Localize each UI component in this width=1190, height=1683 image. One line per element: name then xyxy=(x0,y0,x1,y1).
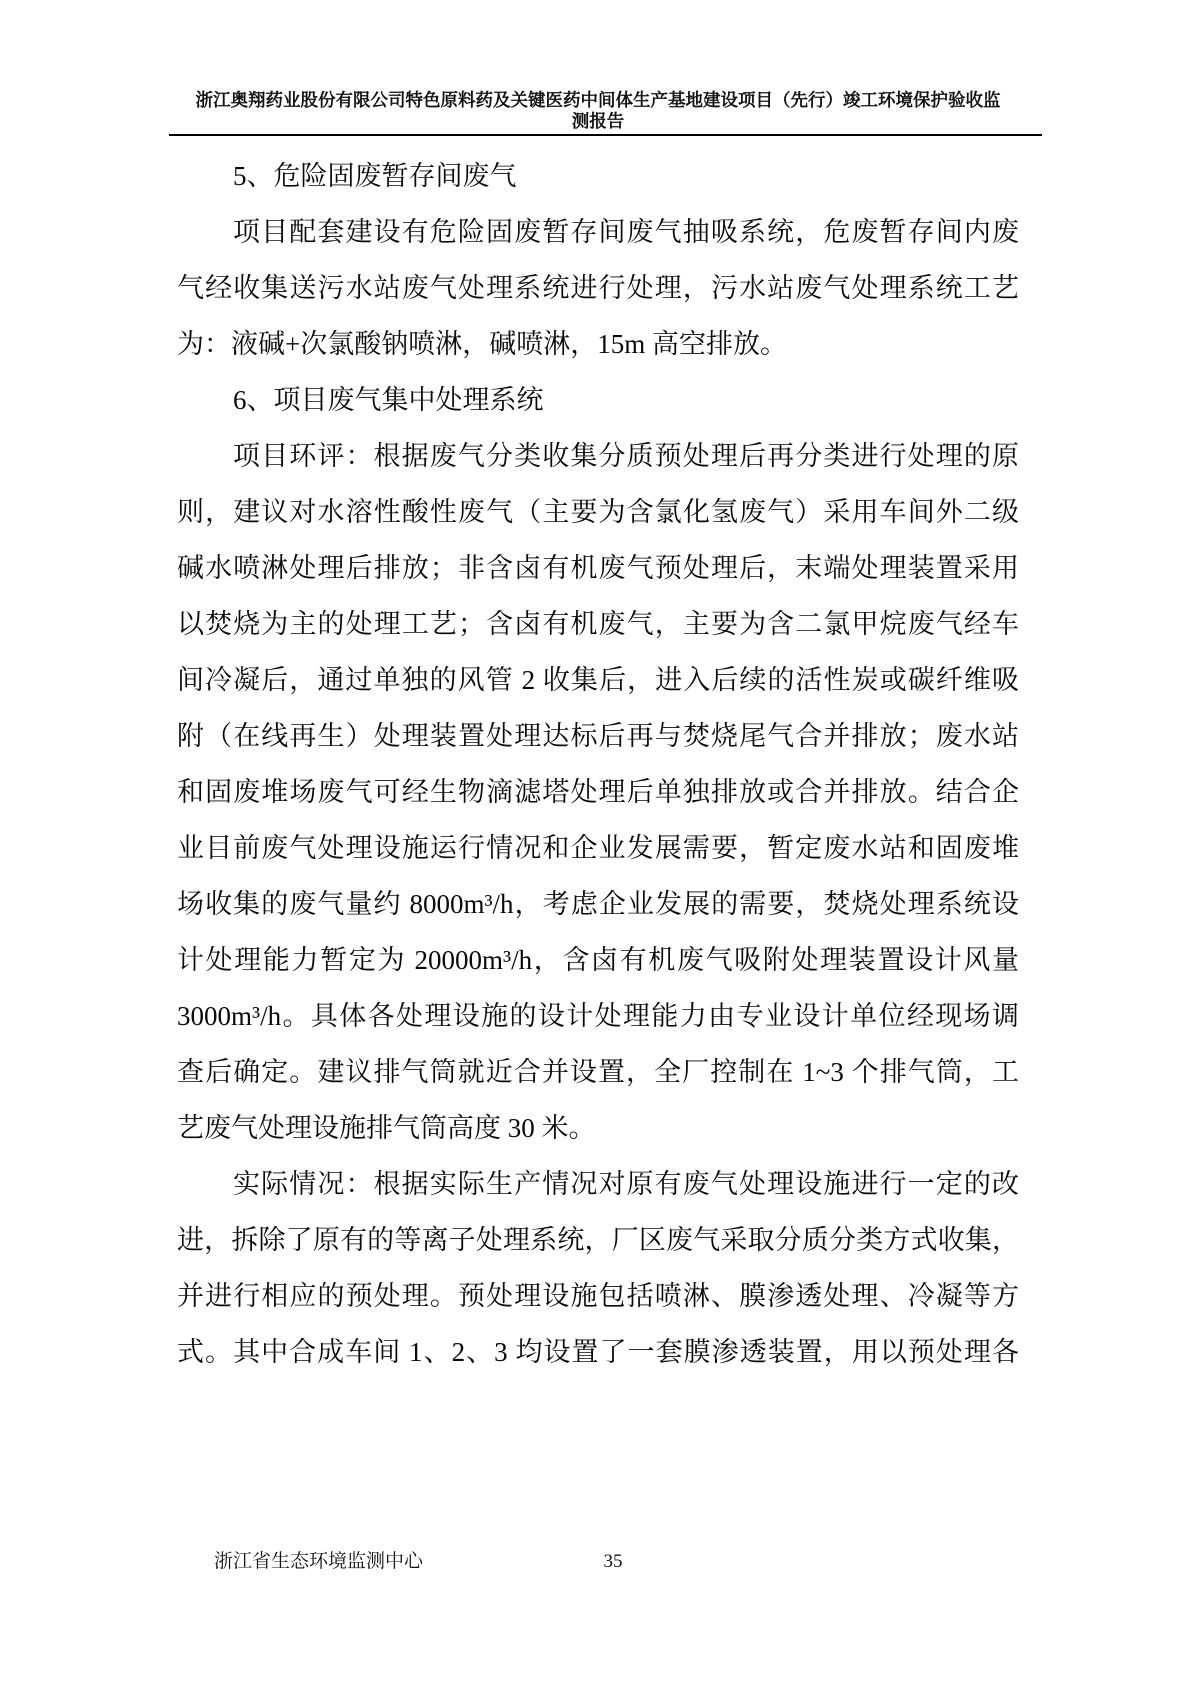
body-line: 业目前废气处理设施运行情况和企业发展需要，暂定废水站和固废堆 xyxy=(177,820,1019,876)
document-body: 5、危险固废暂存间废气 项目配套建设有危险固废暂存间废气抽吸系统，危废暂存间内废… xyxy=(177,148,1019,1380)
body-line: 3000m³/h。具体各处理设施的设计处理能力由专业设计单位经现场调 xyxy=(177,988,1019,1044)
section-heading-6: 6、项目废气集中处理系统 xyxy=(177,372,1019,428)
body-line: 项目环评：根据废气分类收集分质预处理后再分类进行处理的原 xyxy=(177,428,1019,484)
document-header: 浙江奥翔药业股份有限公司特色原料药及关键医药中间体生产基地建设项目（先行）竣工环… xyxy=(177,90,1019,132)
header-divider-rule xyxy=(169,134,1042,136)
body-line: 艺废气处理设施排气筒高度 30 米。 xyxy=(177,1100,1019,1156)
body-line: 进，拆除了原有的等离子处理系统，厂区废气采取分质分类方式收集， xyxy=(177,1212,1019,1268)
body-line: 附（在线再生）处理装置处理达标后再与焚烧尾气合并排放；废水站 xyxy=(177,708,1019,764)
body-line: 为：液碱+次氯酸钠喷淋，碱喷淋，15m 高空排放。 xyxy=(177,316,1019,372)
section-heading-5: 5、危险固废暂存间废气 xyxy=(177,148,1019,204)
body-line: 项目配套建设有危险固废暂存间废气抽吸系统，危废暂存间内废 xyxy=(177,204,1019,260)
header-title-line1: 浙江奥翔药业股份有限公司特色原料药及关键医药中间体生产基地建设项目（先行）竣工环… xyxy=(177,90,1019,111)
document-footer: 浙江省生态环境监测中心 35 xyxy=(0,1549,1190,1579)
document-page: 浙江奥翔药业股份有限公司特色原料药及关键医药中间体生产基地建设项目（先行）竣工环… xyxy=(0,0,1190,1683)
header-title-line2: 测报告 xyxy=(177,111,1019,132)
body-line: 和固废堆场废气可经生物滴滤塔处理后单独排放或合并排放。结合企 xyxy=(177,764,1019,820)
page-number: 35 xyxy=(210,1549,1016,1575)
body-line: 场收集的废气量约 8000m³/h，考虑企业发展的需要，焚烧处理系统设 xyxy=(177,876,1019,932)
body-line: 实际情况：根据实际生产情况对原有废气处理设施进行一定的改 xyxy=(177,1156,1019,1212)
body-line: 以焚烧为主的处理工艺；含卤有机废气，主要为含二氯甲烷废气经车 xyxy=(177,596,1019,652)
body-line: 式。其中合成车间 1、2、3 均设置了一套膜渗透装置，用以预处理各 xyxy=(177,1324,1019,1380)
body-line: 气经收集送污水站废气处理系统进行处理，污水站废气处理系统工艺 xyxy=(177,260,1019,316)
body-line: 碱水喷淋处理后排放；非含卤有机废气预处理后，末端处理装置采用 xyxy=(177,540,1019,596)
body-line: 计处理能力暂定为 20000m³/h，含卤有机废气吸附处理装置设计风量 xyxy=(177,932,1019,988)
body-line: 间冷凝后，通过单独的风管 2 收集后，进入后续的活性炭或碳纤维吸 xyxy=(177,652,1019,708)
body-line: 查后确定。建议排气筒就近合并设置，全厂控制在 1~3 个排气筒，工 xyxy=(177,1044,1019,1100)
body-line: 则，建议对水溶性酸性废气（主要为含氯化氢废气）采用车间外二级 xyxy=(177,484,1019,540)
body-line: 并进行相应的预处理。预处理设施包括喷淋、膜渗透处理、冷凝等方 xyxy=(177,1268,1019,1324)
